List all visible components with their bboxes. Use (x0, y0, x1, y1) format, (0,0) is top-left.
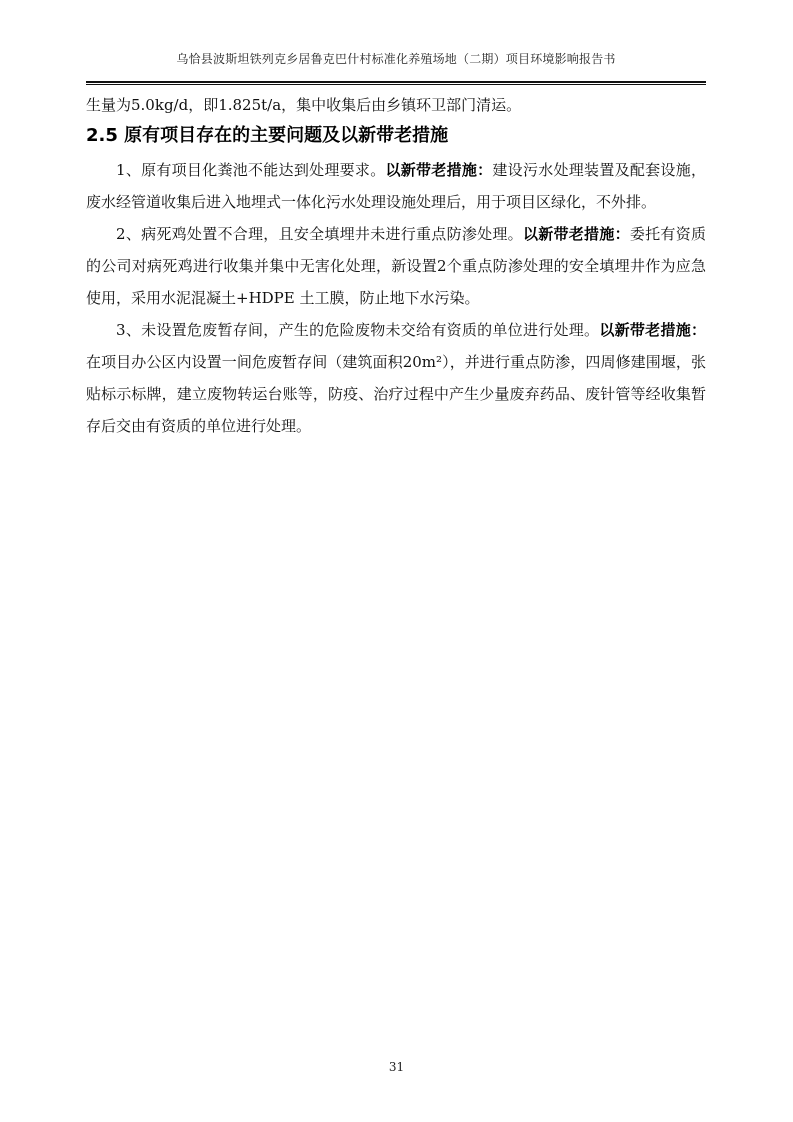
problem-text: 3、未设置危废暂存间，产生的危险废物未交给有资质的单位进行处理。 (116, 321, 599, 339)
measure-paragraph-3: 3、未设置危废暂存间，产生的危险废物未交给有资质的单位进行处理。以新带老措施：在… (86, 314, 706, 442)
measure-paragraph-1: 1、原有项目化粪池不能达到处理要求。以新带老措施：建设污水处理装置及配套设施，废… (86, 154, 706, 218)
page-number: 31 (0, 1060, 793, 1074)
section-heading: 2.5 原有项目存在的主要问题及以新带老措施 (86, 122, 706, 150)
measures-list: 1、原有项目化粪池不能达到处理要求。以新带老措施：建设污水处理装置及配套设施，废… (86, 154, 706, 442)
header-double-rule (86, 81, 706, 85)
section-title: 原有项目存在的主要问题及以新带老措施 (124, 125, 448, 146)
measure-label: 以新带老措施： (523, 225, 630, 243)
section-number: 2.5 (86, 125, 118, 146)
continuation-paragraph: 生量为5.0kg/d，即1.825t/a，集中收集后由乡镇环卫部门清运。 (86, 89, 706, 121)
measure-text: 在项目办公区内设置一间危废暂存间（建筑面积20m²），并进行重点防渗，四周修建围… (86, 353, 706, 435)
page-header-title: 乌恰县波斯坦铁列克乡居鲁克巴什村标准化养殖场地（二期）项目环境影响报告书 (86, 50, 706, 67)
measure-label: 以新带老措施： (599, 321, 706, 339)
problem-text: 1、原有项目化粪池不能达到处理要求。 (116, 161, 385, 179)
problem-text: 2、病死鸡处置不合理，且安全填埋井未进行重点防渗处理。 (116, 225, 523, 243)
measure-paragraph-2: 2、病死鸡处置不合理，且安全填埋井未进行重点防渗处理。以新带老措施：委托有资质的… (86, 218, 706, 314)
measure-label: 以新带老措施： (385, 161, 492, 179)
